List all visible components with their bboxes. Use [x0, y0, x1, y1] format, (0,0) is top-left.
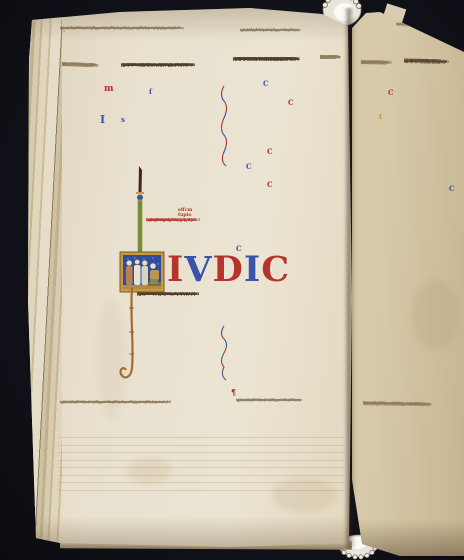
initial-tail-flourish-icon [124, 288, 144, 396]
paraph-mark: I [100, 114, 105, 125]
display-letter: D [213, 250, 243, 292]
paraph-mark: ¶ [231, 388, 236, 396]
paraph-mark: C [267, 148, 273, 155]
text-line: piut unde apls dicit oportet e [363, 401, 401, 406]
paraph-mark: t [379, 113, 382, 120]
text-line: dispensatore hec oia in figura cotingeba… [60, 26, 126, 30]
fore-edge-leaves [28, 14, 62, 544]
text-line: epm sine crimine ee sicut di dispensator… [60, 400, 122, 405]
text-line: ipiut unde apls di [396, 22, 419, 28]
paraph-mark: C [388, 89, 394, 96]
text-line: nr ihs xps p manu [233, 57, 266, 63]
paraph-mark: C [449, 185, 455, 192]
paraph-mark: s [121, 116, 125, 123]
recto-top-gloss: no eni legit qd ad littera intetelligend… [396, 22, 456, 26]
gutter-shadow [344, 8, 356, 548]
display-initial-letters: IVDIC [167, 250, 289, 292]
paraph-mark: C [236, 245, 242, 252]
miniature-sword-icon [134, 166, 146, 258]
display-letter: C [261, 250, 289, 292]
display-letter: I [244, 250, 260, 292]
paraph-mark: C [267, 181, 273, 188]
recto-main-text: qm aut dns nr ihs xfortiu liberauit fide… [404, 58, 459, 59]
display-letter: V [184, 250, 211, 292]
outer-margin-gloss: no eni legit qd ad litteratelligendu sit… [62, 62, 112, 64]
paraph-mark: effcm ſupio [178, 209, 192, 218]
paraph-mark: m [104, 85, 114, 94]
text-line: st moysen et iosue re [121, 63, 161, 69]
page-top-shading [28, 8, 352, 42]
display-letter: I [167, 250, 183, 292]
foxing-stain [412, 280, 458, 350]
recto-bottom-gloss: no eni legit qd ad littera intelligendu … [363, 401, 462, 403]
paraph-mark: ſ [149, 88, 152, 95]
penwork-flourish-icon [217, 326, 231, 388]
text-line: a gereba [320, 55, 332, 60]
text-line: epm sine crimine ee sicut di [236, 398, 272, 403]
recto-margin-gloss: no eni legit qd ad litelligendu sit s sc… [361, 60, 403, 61]
paraph-mark: - [63, 30, 65, 35]
text-line: ipiut unde apls dicit oportet [240, 28, 274, 32]
text-line: ogus incipit ar [146, 218, 174, 224]
text-line: egimen suscipiu [62, 62, 85, 68]
ruling-lines [58, 437, 344, 497]
penwork-flourish-icon [217, 86, 231, 172]
text-line: temporis fi [361, 60, 376, 65]
miniature-panel [120, 252, 164, 292]
paraph-mark: C [263, 80, 269, 87]
manuscript-photo: no eni legit qd ad littera intelligendu … [0, 0, 464, 560]
paraph-mark: C [246, 163, 252, 170]
paraph-mark: C [288, 99, 294, 106]
text-line: l in rege s [404, 58, 423, 65]
page-bottom-shading [30, 516, 352, 548]
